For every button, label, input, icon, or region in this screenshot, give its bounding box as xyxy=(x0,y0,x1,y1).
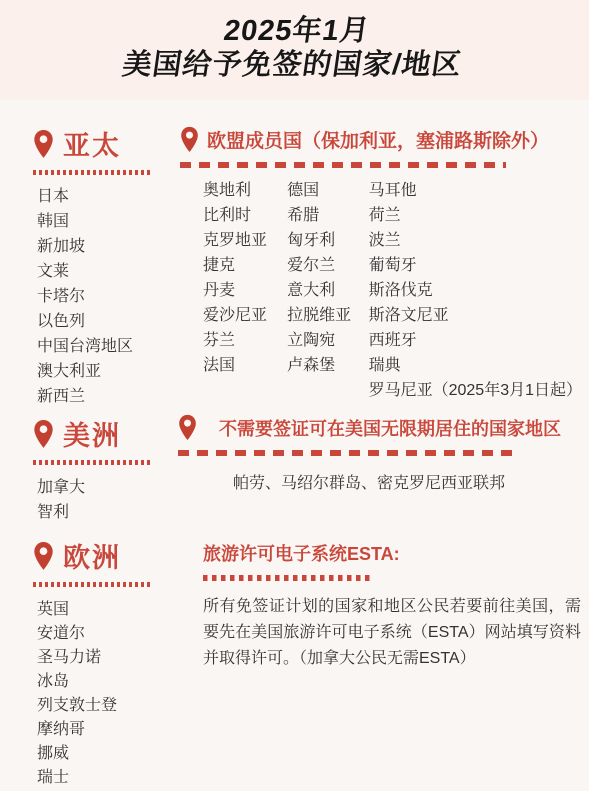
eu-members-columns: 奥地利比利时克罗地亚捷克丹麦爱沙尼亚芬兰法国 德国希腊匈牙利爱尔兰意大利拉脱维亚… xyxy=(180,178,582,403)
list-item: 爱沙尼亚 xyxy=(203,303,287,328)
list-item: 希腊 xyxy=(287,203,368,228)
list-item: 加拿大 xyxy=(37,475,183,500)
list-item: 新加坡 xyxy=(37,234,173,259)
page-title-line1: 2025年1月 xyxy=(0,14,589,48)
dotted-divider xyxy=(33,170,151,175)
list-item: 日本 xyxy=(37,184,173,209)
section-eu-members: 欧盟成员国（保加利亚，塞浦路斯除外） 奥地利比利时克罗地亚捷克丹麦爱沙尼亚芬兰法… xyxy=(180,126,582,403)
list-item: 新西兰 xyxy=(37,384,173,409)
list-item: 奥地利 xyxy=(203,178,287,203)
europe-list: 英国安道尔圣马力诺冰岛列支敦士登摩纳哥挪威瑞士 xyxy=(33,598,198,790)
list-item: 爱尔兰 xyxy=(287,253,368,278)
page-title: 2025年1月 美国给予免签的国家/地区 xyxy=(0,14,589,82)
list-item: 卢森堡 xyxy=(287,353,368,378)
page-title-line2: 美国给予免签的国家/地区 xyxy=(0,48,589,82)
list-item: 罗马尼亚（2025年3月1日起） xyxy=(369,378,582,403)
map-pin-icon xyxy=(33,419,54,449)
list-item: 意大利 xyxy=(287,278,368,303)
section-americas: 美洲 加拿大智利 xyxy=(33,414,183,525)
esta-paragraph: 所有免签证计划的国家和地区公民若要前往美国，需要先在美国旅游许可电子系统（EST… xyxy=(203,594,581,672)
list-item: 冰岛 xyxy=(37,670,198,694)
section-no-visa-residence-title: 不需要签证可在美国无限期居住的国家地区 xyxy=(219,415,561,441)
map-pin-icon xyxy=(180,126,199,153)
section-americas-header: 美洲 xyxy=(33,414,183,453)
list-item: 挪威 xyxy=(37,742,198,766)
list-item: 中国台湾地区 xyxy=(37,334,173,359)
section-europe: 欧洲 英国安道尔圣马力诺冰岛列支敦士登摩纳哥挪威瑞士 xyxy=(33,536,198,790)
list-item: 克罗地亚 xyxy=(203,228,287,253)
section-esta-header: 旅游许可电子系统ESTA: xyxy=(203,540,581,566)
infographic-page: 2025年1月 美国给予免签的国家/地区 亚太 日本韩国新加坡文莱卡塔尔以色列中… xyxy=(0,0,589,791)
dotted-divider xyxy=(203,575,370,581)
section-no-visa-residence: 不需要签证可在美国无限期居住的国家地区 帕劳、马绍尔群岛、密克罗尼西亚联邦 xyxy=(178,414,582,493)
list-item: 斯洛伐克 xyxy=(369,278,582,303)
dashed-divider xyxy=(178,450,515,456)
list-item: 匈牙利 xyxy=(287,228,368,253)
list-item: 拉脱维亚 xyxy=(287,303,368,328)
list-item: 卡塔尔 xyxy=(37,284,173,309)
list-item: 马耳他 xyxy=(369,178,582,203)
eu-members-column-2: 德国希腊匈牙利爱尔兰意大利拉脱维亚立陶宛卢森堡 xyxy=(287,178,368,403)
list-item: 澳大利亚 xyxy=(37,359,173,384)
list-item: 斯洛文尼亚 xyxy=(369,303,582,328)
list-item: 圣马力诺 xyxy=(37,646,198,670)
map-pin-icon xyxy=(33,129,54,159)
list-item: 芬兰 xyxy=(203,328,287,353)
list-item: 瑞典 xyxy=(369,353,582,378)
list-item: 以色列 xyxy=(37,309,173,334)
list-item: 法国 xyxy=(203,353,287,378)
list-item: 比利时 xyxy=(203,203,287,228)
dotted-divider xyxy=(33,460,151,465)
section-asia-pacific-title: 亚太 xyxy=(63,124,121,163)
list-item: 瑞士 xyxy=(37,766,198,790)
americas-list: 加拿大智利 xyxy=(33,475,183,525)
asia-pacific-list: 日本韩国新加坡文莱卡塔尔以色列中国台湾地区澳大利亚新西兰 xyxy=(33,184,173,409)
section-eu-members-header: 欧盟成员国（保加利亚，塞浦路斯除外） xyxy=(180,126,582,153)
map-pin-icon xyxy=(178,414,197,441)
section-esta: 旅游许可电子系统ESTA: 所有免签证计划的国家和地区公民若要前往美国，需要先在… xyxy=(203,540,581,672)
eu-members-column-3: 马耳他荷兰波兰葡萄牙斯洛伐克斯洛文尼亚西班牙瑞典罗马尼亚（2025年3月1日起） xyxy=(369,178,582,403)
list-item: 捷克 xyxy=(203,253,287,278)
list-item: 葡萄牙 xyxy=(369,253,582,278)
map-pin-icon xyxy=(33,541,54,571)
section-asia-pacific-header: 亚太 xyxy=(33,124,173,163)
list-item: 韩国 xyxy=(37,209,173,234)
no-visa-residence-countries: 帕劳、马绍尔群岛、密克罗尼西亚联邦 xyxy=(178,470,582,493)
list-item: 西班牙 xyxy=(369,328,582,353)
list-item: 列支敦士登 xyxy=(37,694,198,718)
dashed-divider xyxy=(180,162,506,168)
dotted-divider xyxy=(33,582,151,587)
list-item: 丹麦 xyxy=(203,278,287,303)
list-item: 智利 xyxy=(37,500,183,525)
list-item: 荷兰 xyxy=(369,203,582,228)
section-eu-members-title: 欧盟成员国（保加利亚，塞浦路斯除外） xyxy=(207,126,549,153)
section-europe-header: 欧洲 xyxy=(33,536,198,575)
list-item: 德国 xyxy=(287,178,368,203)
list-item: 波兰 xyxy=(369,228,582,253)
section-esta-title: 旅游许可电子系统ESTA: xyxy=(203,540,400,566)
section-americas-title: 美洲 xyxy=(63,414,121,453)
list-item: 文莱 xyxy=(37,259,173,284)
section-europe-title: 欧洲 xyxy=(63,536,121,575)
eu-members-column-1: 奥地利比利时克罗地亚捷克丹麦爱沙尼亚芬兰法国 xyxy=(203,178,287,403)
section-no-visa-residence-header: 不需要签证可在美国无限期居住的国家地区 xyxy=(178,414,582,441)
list-item: 安道尔 xyxy=(37,622,198,646)
list-item: 立陶宛 xyxy=(287,328,368,353)
section-asia-pacific: 亚太 日本韩国新加坡文莱卡塔尔以色列中国台湾地区澳大利亚新西兰 xyxy=(33,124,173,409)
list-item: 摩纳哥 xyxy=(37,718,198,742)
list-item: 英国 xyxy=(37,598,198,622)
